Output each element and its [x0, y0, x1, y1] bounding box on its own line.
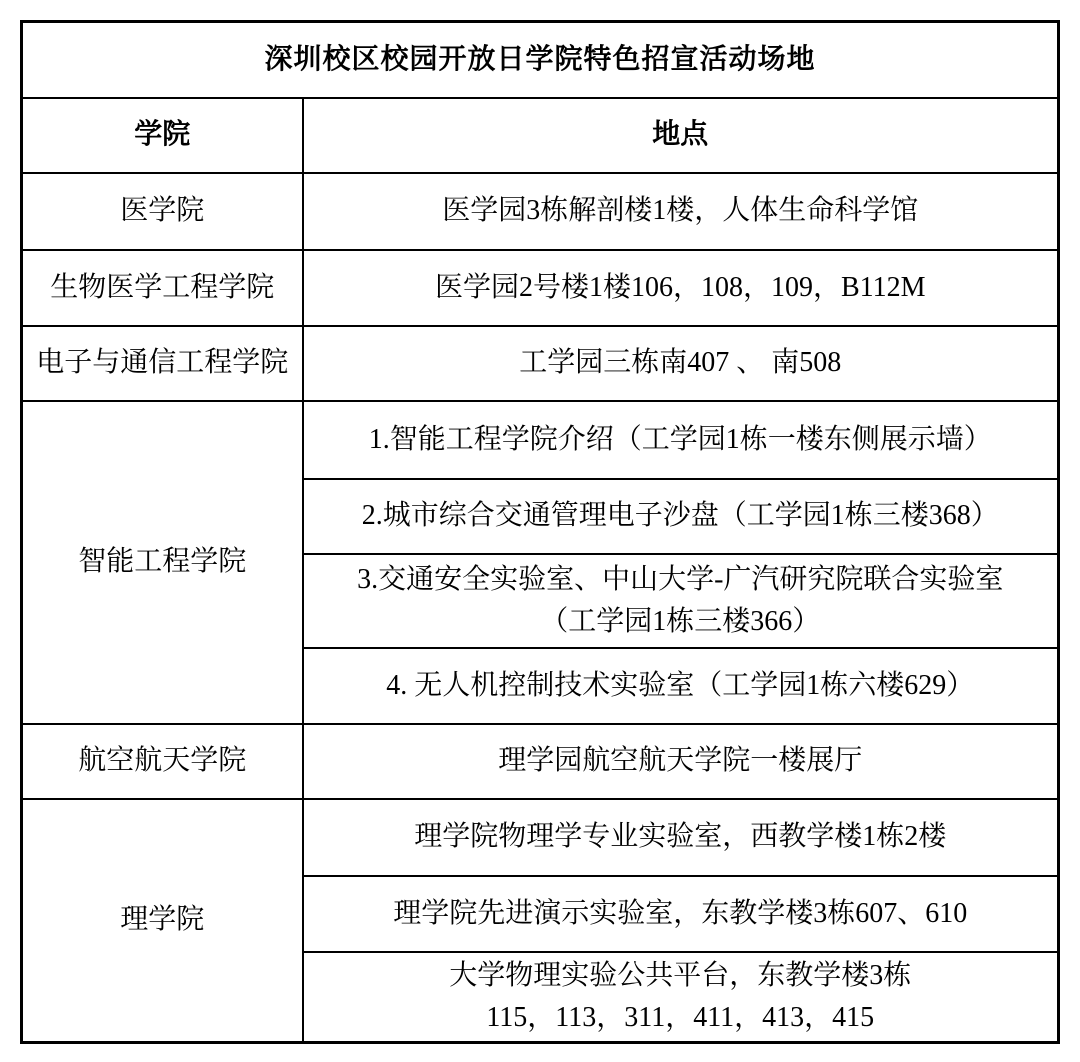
- column-header-location: 地点: [303, 98, 1059, 173]
- table-row: 航空航天学院 理学园航空航天学院一楼展厅: [22, 724, 1059, 799]
- location-cell: 大学物理实验公共平台，东教学楼3栋 115，113，311，411，413，41…: [303, 952, 1059, 1043]
- page: 深圳校区校园开放日学院特色招宣活动场地 学院 地点 医学院 医学园3栋解剖楼1楼…: [0, 0, 1080, 1062]
- table-row: 深圳校区校园开放日学院特色招宣活动场地: [22, 22, 1059, 98]
- location-cell: 1.智能工程学院介绍（工学园1栋一楼东侧展示墙）: [303, 401, 1059, 479]
- location-cell: 医学园3栋解剖楼1楼，人体生命科学馆: [303, 173, 1059, 250]
- college-cell: 医学院: [22, 173, 303, 250]
- table-title: 深圳校区校园开放日学院特色招宣活动场地: [22, 22, 1059, 98]
- college-cell: 智能工程学院: [22, 401, 303, 724]
- table-row: 理学院 理学院物理学专业实验室，西教学楼1栋2楼: [22, 799, 1059, 876]
- location-cell: 医学园2号楼1楼106，108，109，B112M: [303, 250, 1059, 326]
- open-day-venues-table: 深圳校区校园开放日学院特色招宣活动场地 学院 地点 医学院 医学园3栋解剖楼1楼…: [20, 20, 1060, 1044]
- table-row: 生物医学工程学院 医学园2号楼1楼106，108，109，B112M: [22, 250, 1059, 326]
- location-cell: 工学园三栋南407 、 南508: [303, 326, 1059, 401]
- location-cell: 理学院物理学专业实验室，西教学楼1栋2楼: [303, 799, 1059, 876]
- college-cell: 理学院: [22, 799, 303, 1043]
- column-header-college: 学院: [22, 98, 303, 173]
- college-cell: 电子与通信工程学院: [22, 326, 303, 401]
- location-cell: 2.城市综合交通管理电子沙盘（工学园1栋三楼368）: [303, 479, 1059, 554]
- table-row: 学院 地点: [22, 98, 1059, 173]
- college-cell: 生物医学工程学院: [22, 250, 303, 326]
- table-row: 智能工程学院 1.智能工程学院介绍（工学园1栋一楼东侧展示墙）: [22, 401, 1059, 479]
- table-row: 电子与通信工程学院 工学园三栋南407 、 南508: [22, 326, 1059, 401]
- location-cell: 理学园航空航天学院一楼展厅: [303, 724, 1059, 799]
- college-cell: 航空航天学院: [22, 724, 303, 799]
- location-cell: 4. 无人机控制技术实验室（工学园1栋六楼629）: [303, 648, 1059, 724]
- location-cell: 3.交通安全实验室、中山大学-广汽研究院联合实验室 （工学园1栋三楼366）: [303, 554, 1059, 648]
- location-cell: 理学院先进演示实验室，东教学楼3栋607、610: [303, 876, 1059, 952]
- table-row: 医学院 医学园3栋解剖楼1楼，人体生命科学馆: [22, 173, 1059, 250]
